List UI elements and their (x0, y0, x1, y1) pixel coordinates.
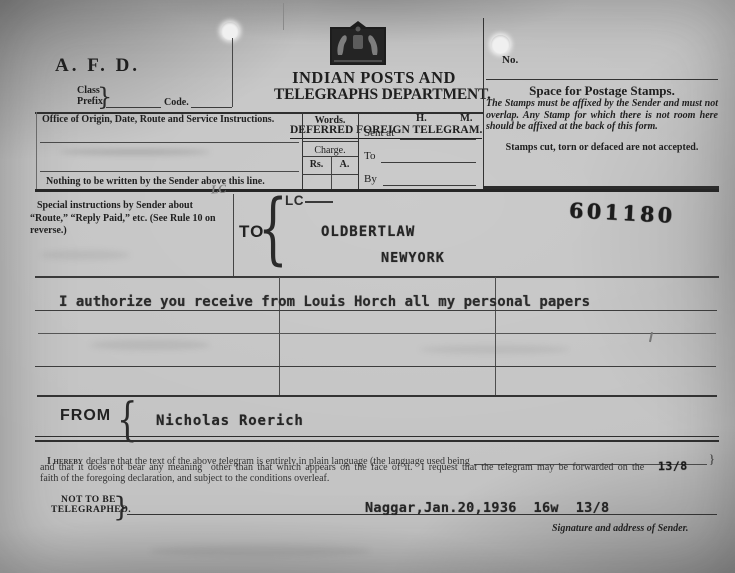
rupees-label: Rs. (302, 159, 331, 170)
minute-label: M. (460, 113, 473, 125)
punch-hole-right (491, 35, 510, 54)
stamps-note: Stamps cut, torn or defaced are not acce… (487, 142, 717, 153)
message-rule-4 (37, 395, 717, 397)
scan-smudge-4 (40, 250, 130, 260)
recipient-name: OLDBERTLAW (321, 225, 415, 241)
class-write-line (106, 107, 161, 108)
nothing-above-note: Nothing to be written by the Sender abov… (46, 176, 265, 187)
from-label: FROM (60, 407, 111, 425)
recipient-city: NEWYORK (381, 251, 445, 266)
message-rule-1 (35, 310, 717, 311)
origin-header: Office of Origin, Date, Route and Servic… (42, 114, 274, 125)
address-bottom-rule (35, 276, 719, 278)
not-to-be-brace: } (113, 492, 130, 523)
lc-dash (305, 201, 333, 203)
date-place-line: Naggar,Jan.20,1936 16w 13/8 (365, 501, 609, 516)
origin-write-line-1 (40, 142, 299, 143)
from-bottom-double-rule (35, 436, 719, 442)
code-label: Code. (164, 97, 189, 108)
declaration-line-2: and that it does not bear any meaning ot… (40, 462, 732, 473)
number-label: No. (502, 54, 518, 66)
by-label: By (364, 173, 377, 185)
to-section-divider (233, 194, 234, 276)
stamps-title: Space for Postage Stamps. (487, 84, 717, 99)
lc-typed: LC (285, 193, 304, 208)
serial-number-stamp: 601180 (568, 199, 676, 228)
punch-hole-left (221, 22, 239, 40)
annas-label: A. (331, 159, 358, 170)
words-label: Words. (302, 115, 358, 126)
rs-a-under-rule (302, 174, 358, 175)
message-rule-2 (38, 333, 716, 334)
scan-smudge-2 (420, 345, 570, 354)
received-to-label: To (364, 150, 375, 162)
scan-smudge-3 (150, 545, 370, 557)
message-text: I authorize you receive from Louis Horch… (59, 295, 590, 311)
dept-title-line2: TELEGRAPHS DEPARTMENT. (274, 86, 474, 103)
table-bottom-rule (35, 189, 719, 192)
code-write-line (191, 107, 232, 108)
stamps-top-rule (486, 79, 718, 80)
signature-caption: Signature and address of Sender. (552, 523, 688, 534)
rs-a-divider (331, 156, 332, 190)
form-series-code: A. F. D. (55, 55, 140, 76)
right-panel-divider (483, 18, 484, 189)
charge-label: Charge. (302, 145, 358, 156)
charge-rule (302, 156, 358, 157)
to-brace: { (258, 190, 288, 268)
words-rule (302, 141, 358, 142)
to-line (381, 162, 476, 163)
scan-artifact-line (283, 3, 284, 30)
table-left-rule (36, 112, 37, 190)
scan-smudge-1 (90, 340, 210, 350)
sent-at-label: Sent at (364, 127, 394, 139)
hour-label: H. (416, 113, 427, 125)
dept-title-line1: INDIAN POSTS AND (274, 69, 474, 87)
overprint-stamp: 13/8 (658, 460, 688, 473)
special-instructions: Special instructions by Sender about “Ro… (30, 200, 232, 238)
pencil-smudge (60, 149, 210, 155)
code-corner-rule (232, 38, 233, 107)
by-line (383, 185, 476, 186)
telegram-form-scan: A. F. D. Class Prefix } Code. INDIAN POS… (0, 0, 735, 573)
coat-of-arms-emblem (328, 19, 388, 72)
message-rule-3 (35, 366, 716, 367)
sent-at-line (400, 139, 476, 140)
origin-write-line-2 (40, 171, 299, 172)
words-col-right-rule (358, 112, 359, 190)
pencil-lc-mark: LC (211, 182, 227, 196)
stamps-body: The Stamps must be affixed by the Sender… (486, 98, 718, 133)
sender-name: Nicholas Roerich (156, 414, 304, 430)
declaration-line-3: faith of the foregoing declaration, and … (40, 473, 329, 484)
